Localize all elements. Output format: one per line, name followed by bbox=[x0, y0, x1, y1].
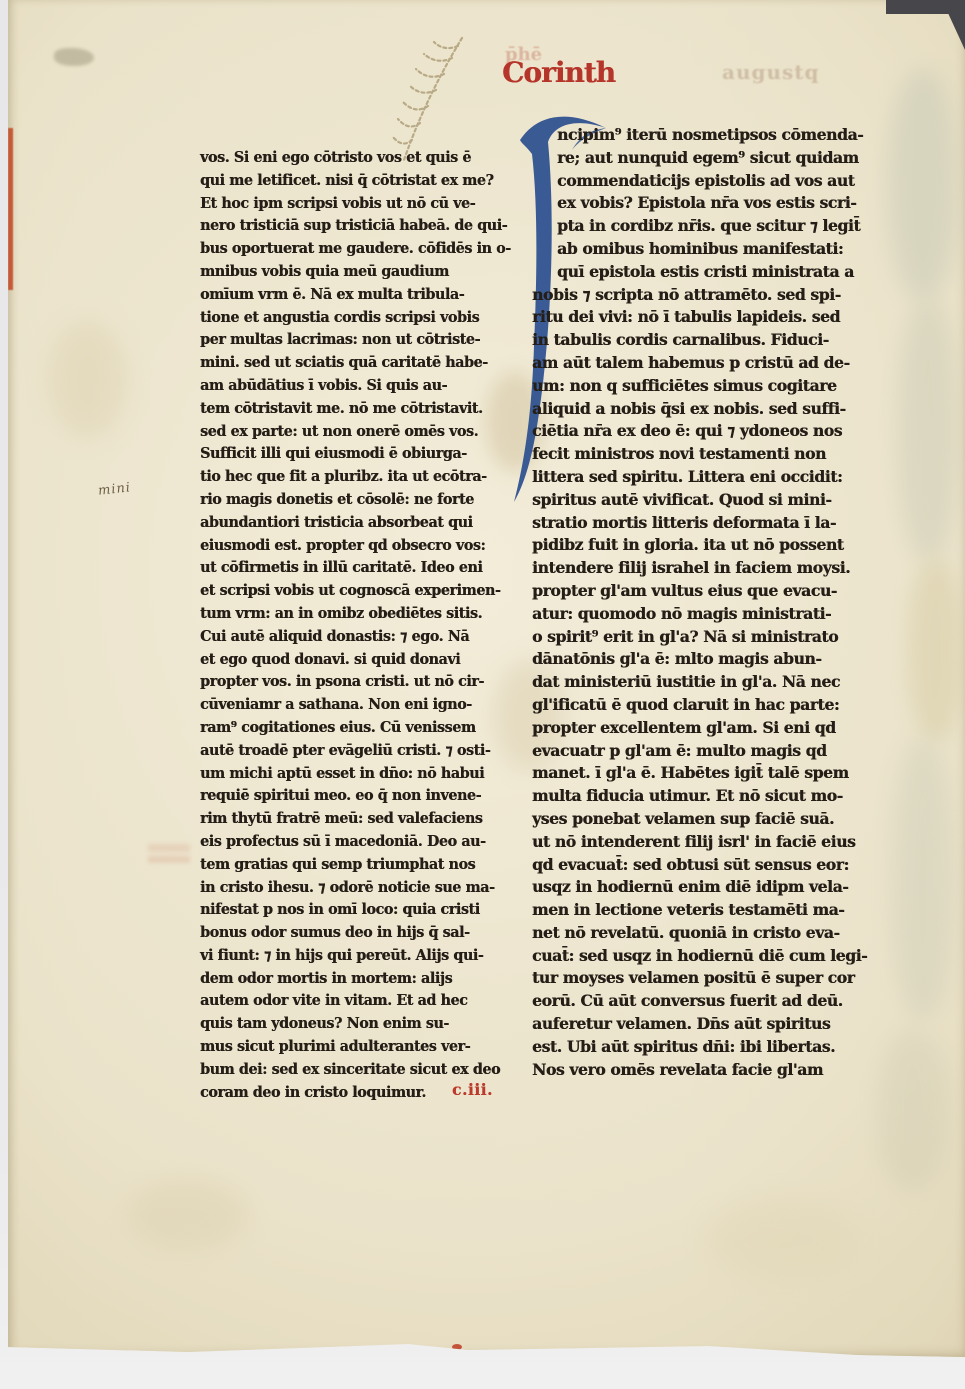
text-line: atur: quomodo nō magis ministrati- bbox=[532, 603, 890, 626]
text-line: men in lectione veteris testamēti ma- bbox=[532, 899, 890, 922]
text-line: pta in cordibz nr̄is. que scitur ⁊ legit… bbox=[532, 215, 890, 238]
text-line: cuat̄: sed usqz in hodiernū diē cum legi… bbox=[532, 945, 890, 968]
text-line: qd evacuat̄: sed obtusi sūt sensus eor: bbox=[532, 854, 890, 877]
text-line: per multas lacrimas: non ut cōtriste- bbox=[200, 328, 490, 351]
show-through-foliage bbox=[898, 300, 958, 560]
text-line: tur moyses velamen positū ē super cor bbox=[532, 967, 890, 990]
text-line: vi fiunt: ⁊ in hijs qui pereūt. Alijs qu… bbox=[200, 944, 490, 967]
text-line: in tabulis cordis carnalibus. Fiduci- bbox=[532, 329, 890, 352]
text-line: eiusmodi est. propter qd obsecro vos: bbox=[200, 534, 490, 557]
text-line: am aūt talem habemus p cristū ad de- bbox=[532, 352, 890, 375]
text-line: ab omibus hominibus manifestati: bbox=[532, 238, 890, 261]
text-line: quī epistola estis cristi ministrata a bbox=[532, 261, 890, 284]
text-line: mus sicut plurimi adulterantes ver- bbox=[200, 1035, 490, 1058]
text-line: Nos vero omēs revelata facie gl'am bbox=[532, 1059, 890, 1082]
text-line: dem odor mortis in mortem: alijs bbox=[200, 967, 490, 990]
text-line: propter vos. in psona cristi. ut nō cir- bbox=[200, 670, 490, 693]
text-line: Et hoc ipm scripsi vobis ut nō cū ve- bbox=[200, 192, 490, 215]
chapter-marker: c.iii. bbox=[452, 1080, 493, 1099]
text-line: gl'ificatū ē quod claruit in hac parte: bbox=[532, 694, 890, 717]
show-through-foliage bbox=[888, 70, 958, 300]
text-line: auferetur velamen. Dn̄s aūt spiritus bbox=[532, 1013, 890, 1036]
text-line: qui me letificet. nisi q̄ cōtristat ex m… bbox=[200, 169, 490, 192]
show-through-foliage bbox=[893, 740, 953, 1020]
parchment-stain bbox=[708, 1200, 858, 1280]
text-column-left: vos. Si eni ego cōtristo vos et quis ēqu… bbox=[200, 146, 512, 1103]
text-line: evacuatr p gl'am ē: multo magis qd bbox=[532, 740, 890, 763]
text-line: yses ponebat velamen sup faciē suā. bbox=[532, 808, 890, 831]
text-line: nero tristiciā sup tristiciā habeā. de q… bbox=[200, 214, 490, 237]
text-line: re; aut nunquid egem⁹ sicut quidam bbox=[532, 147, 890, 170]
show-through-foliage bbox=[908, 560, 963, 740]
text-line: cūveniamr a sathana. Non eni igno- bbox=[200, 693, 490, 716]
text-line: um michi aptū esset in dn̄o: nō habui bbox=[200, 762, 490, 785]
text-line: um: non q sufficiētes simus cogitare bbox=[532, 375, 890, 398]
text-line: spiritus autē vivificat. Quod si mini- bbox=[532, 489, 890, 512]
manuscript-page: p̄hē augustq Corinth mini I vos. Si eni … bbox=[8, 0, 965, 1360]
text-line: ut nō intenderent filij isrl' in faciē e… bbox=[532, 831, 890, 854]
show-through-smudge bbox=[148, 836, 190, 876]
text-line: propter gl'am vultus eius que evacu- bbox=[532, 580, 890, 603]
text-line: omīum vrm ē. Nā ex multa tribula- bbox=[200, 283, 490, 306]
text-line: tio hec que fit a pluribz. ita ut ecōtra… bbox=[200, 465, 490, 488]
text-line: fecit ministros novi testamenti non bbox=[532, 443, 890, 466]
text-line: multa fiducia utimur. Et nō sicut mo- bbox=[532, 785, 890, 808]
text-line: nobis ⁊ scripta nō attramēto. sed spi- bbox=[532, 284, 890, 307]
ghost-text: augustq bbox=[722, 60, 820, 84]
text-line: rim thytū fratrē meū: sed valefaciens bbox=[200, 807, 490, 830]
text-line: bum dei: sed ex sinceritate sicut ex deo bbox=[200, 1058, 490, 1081]
scan-background: { "header": { "running_title": "Corinth"… bbox=[0, 0, 965, 1389]
text-line: ciētia nr̄a ex deo ē: qui ⁊ ydoneos nos bbox=[532, 420, 890, 443]
text-line: aliquid a nobis q̄si ex nobis. sed suffi… bbox=[532, 398, 890, 421]
text-line: o spirit⁹ erit in gl'a? Nā si ministrato bbox=[532, 626, 890, 649]
text-line: bus oportuerat me gaudere. cōfidēs in o- bbox=[200, 237, 490, 260]
running-title: Corinth bbox=[502, 56, 615, 89]
text-line: eorū. Cū aūt conversus fuerit ad deū. bbox=[532, 990, 890, 1013]
text-line: ex vobis? Epistola nr̄a vos estis scri- bbox=[532, 192, 890, 215]
text-line: Sufficit illi qui eiusmodi ē obiurga- bbox=[200, 442, 490, 465]
text-line: dat ministeriū iustitie in gl'a. Nā nec bbox=[532, 671, 890, 694]
text-line: rio magis donetis et cōsolē: ne forte bbox=[200, 488, 490, 511]
page-edge-red-strip bbox=[8, 128, 13, 290]
text-line: nifestat p nos in omī loco: quia cristi bbox=[200, 898, 490, 921]
text-line: commendaticijs epistolis ad vos aut bbox=[532, 170, 890, 193]
text-line: eis profectus sū ī macedoniā. Deo au- bbox=[200, 830, 490, 853]
text-line: ut cōfirmetis in illū caritatē. Ideo eni bbox=[200, 556, 490, 579]
text-line: vos. Si eni ego cōtristo vos et quis ē bbox=[200, 146, 490, 169]
text-line: autem odor vite in vitam. Et ad hec bbox=[200, 989, 490, 1012]
text-line: quis tam ydoneus? Non enim su- bbox=[200, 1012, 490, 1035]
text-line: requiē spiritui meo. eo q̄ non invene- bbox=[200, 784, 490, 807]
text-line: abundantiori tristicia absorbeat qui bbox=[200, 511, 490, 534]
text-line: manet. ī gl'a ē. Habētes igit̄ talē spem bbox=[532, 762, 890, 785]
text-line: am abūdātius ī vobis. Si quis au- bbox=[200, 374, 490, 397]
text-line: mnibus vobis quia meū gaudium bbox=[200, 260, 490, 283]
text-line: intendere filij israhel in faciem moysi. bbox=[532, 557, 890, 580]
text-line: mini. sed ut sciatis quā caritatē habe- bbox=[200, 351, 490, 374]
text-line: ritu dei vivi: nō ī tabulis lapideis. se… bbox=[532, 306, 890, 329]
text-line: tione et angustia cordis scripsi vobis bbox=[200, 306, 490, 329]
text-line: net nō revelatū. quoniā in cristo eva- bbox=[532, 922, 890, 945]
text-line: usqz in hodiernū enim diē idipm vela- bbox=[532, 876, 890, 899]
text-line: littera sed spiritu. Littera eni occidit… bbox=[532, 466, 890, 489]
parchment-stain bbox=[128, 1180, 248, 1250]
text-line: ram⁹ cogitationes eius. Cū venissem bbox=[200, 716, 490, 739]
ink-squiggle bbox=[54, 48, 94, 66]
text-line: Cui autē aliquid donastis: ⁊ ego. Nā bbox=[200, 625, 490, 648]
text-line: est. Ubi aūt spiritus dn̄i: ibi libertas… bbox=[532, 1036, 890, 1059]
text-line: propter excellentem gl'am. Si eni qd bbox=[532, 717, 890, 740]
text-line: pidibz fuit in gloria. ita ut nō possent bbox=[532, 534, 890, 557]
text-line: et scripsi vobis ut cognoscā experimen- bbox=[200, 579, 490, 602]
text-line: coram deo in cristo loquimur. bbox=[200, 1081, 490, 1104]
text-line: bonus odor sumus deo in hijs q̄ sal- bbox=[200, 921, 490, 944]
margin-note: mini bbox=[97, 480, 131, 498]
text-line: tem gratias qui semp triumphat nos bbox=[200, 853, 490, 876]
text-line: tum vrm: an in omibz obediētes sitis. bbox=[200, 602, 490, 625]
text-line: et ego quod donavi. si quid donavi bbox=[200, 648, 490, 671]
red-edge-mark bbox=[452, 1344, 462, 1350]
text-line: stratio mortis litteris deformata ī la- bbox=[532, 512, 890, 535]
text-line: in cristo ihesu. ⁊ odorē noticie sue ma- bbox=[200, 876, 490, 899]
text-line: autē troadē pter evāgeliū cristi. ⁊ osti… bbox=[200, 739, 490, 762]
parchment-stain bbox=[48, 320, 128, 440]
text-line: sed ex parte: ut non onerē omēs vos. bbox=[200, 420, 490, 443]
text-line: ncipim⁹ iterū nosmetipsos cōmenda- bbox=[532, 124, 890, 147]
text-line: tem cōtristavit me. nō me cōtristavit. bbox=[200, 397, 490, 420]
text-column-right: ncipim⁹ iterū nosmetipsos cōmenda-re; au… bbox=[532, 124, 890, 1081]
text-line: dānatōnis gl'a ē: mlto magis abun- bbox=[532, 648, 890, 671]
